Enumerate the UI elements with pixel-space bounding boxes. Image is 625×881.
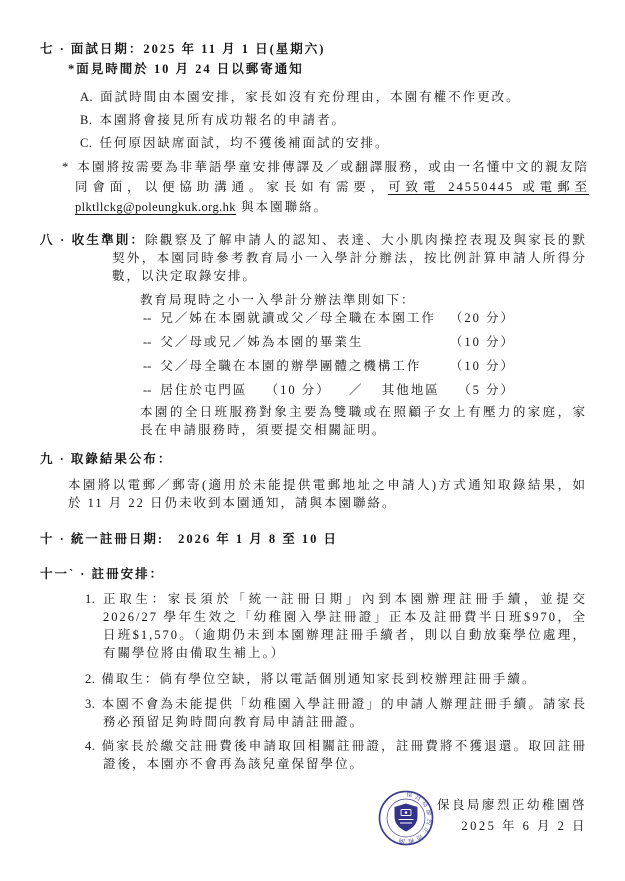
criteria-text: --父／母或兄／姊為本園的畢業生 — [143, 333, 363, 351]
item-label: A. — [80, 90, 93, 104]
admission-criteria-text: 除觀察及了解申請人的認知、表達、大小肌肉操控表現及與家長的默契外，本園同時參考教… — [112, 233, 587, 283]
criteria-text-other: 其他地區 — [382, 381, 440, 399]
item-label: C. — [80, 136, 92, 150]
criteria-score: （20 分） — [450, 309, 515, 327]
interview-item-a: A.面試時間由本園安排，家長如沒有充份理由，本園有權不作更改。 — [80, 88, 587, 106]
interview-item-b: B.本園將會接見所有成功報名的申請者。 — [80, 111, 587, 129]
item-text: 面試時間由本園安排，家長如沒有充份理由，本園有權不作更改。 — [100, 90, 521, 104]
section-10-heading: 十 · 統一註冊日期:2026 年 1 月 8 至 10 日 — [40, 530, 587, 548]
criteria-list: --兄／姊在本園就讀或父／母全職在本園工作 （20 分） --父／母或兄／姊為本… — [40, 309, 587, 399]
registration-item-2: 2.備取生：倘有學位空缺，將以電話個別通知家長到校辦理註冊手續。 — [85, 670, 587, 688]
section-8-label: 八 · 收生準則： — [40, 233, 145, 247]
item-text: 備取生：倘有學位空缺，將以電話個別通知家長到校辦理註冊手續。 — [101, 672, 536, 686]
dash-bullet: -- — [143, 335, 151, 349]
item-label: B. — [80, 113, 92, 127]
criteria-score: （5 分） — [458, 381, 515, 399]
item-text: 倘家長於繳交註冊費後申請取回相關註冊證，註冊費將不獲退還。取回註冊證後，本園亦不… — [101, 739, 587, 771]
item-number: 1. — [85, 592, 95, 606]
item-text: 正取生：家長須於「統一註冊日期」內到本園辦理註冊手續，並提交 2026/27 學… — [101, 592, 587, 660]
section-7-subheading: *面見時間於 10 月 24 日以郵寄通知 — [68, 60, 587, 78]
edb-criteria-intro: 教育局現時之小一入學計分辦法準則如下： — [140, 291, 587, 309]
asterisk-marker: * — [62, 160, 70, 174]
item-text: 本園不會為未能提供「幼稚園入學註冊證」的申請人辦理註冊手續。請家長務必預留足夠時… — [101, 697, 587, 729]
registration-item-3: 3.本園不會為未能提供「幼稚園入學註冊證」的申請人辦理註冊手續。請家長務必預留足… — [85, 695, 587, 731]
dash-bullet: -- — [143, 359, 151, 373]
registration-item-1: 1.正取生：家長須於「統一註冊日期」內到本園辦理註冊手續，並提交 2026/27… — [85, 590, 587, 662]
section-11-heading: 十一` · 註冊安排： — [40, 565, 587, 583]
item-number: 3. — [85, 697, 95, 711]
contact-phone-text: 可致電 24550445 或電郵至 — [388, 180, 589, 194]
translation-note: *本園將按需要為非華語學童安排傳譯及／或翻譯服務，或由一名懂中文的親友陪同會面，… — [62, 157, 589, 217]
contact-email: plktllckg@poleungkuk.org.hk — [75, 200, 236, 214]
signature-block: 保良局廖烈正幼稚園啓 2025 年 6 月 2 日 — [437, 795, 587, 837]
item-text: 任何原因缺席面試，均不獲後補面試的安排。 — [99, 136, 389, 150]
registration-date-value: 2026 年 1 月 8 至 10 日 — [178, 532, 338, 546]
item-number: 2. — [85, 672, 95, 686]
registration-item-4: 4.倘家長於繳交註冊費後申請取回相關註冊證，註冊費將不獲退還。取回註冊證後，本園… — [85, 737, 587, 773]
criteria-row: --父／母全職在本園的辦學團體之機構工作 （10 分） — [143, 357, 515, 375]
registration-date-label: 十 · 統一註冊日期: — [40, 532, 164, 546]
criteria-score: （10 分） — [266, 381, 331, 399]
criteria-row: --兄／姊在本園就讀或父／母全職在本園工作 （20 分） — [143, 309, 515, 327]
dash-bullet: -- — [143, 311, 151, 325]
slash-separator: ／ — [349, 381, 364, 399]
section-9-heading: 九 · 取錄結果公布： — [40, 450, 587, 468]
signature-date: 2025 年 6 月 2 日 — [437, 816, 587, 837]
criteria-score: （10 分） — [450, 333, 515, 351]
footer: 保良局廖烈正幼稚園 保良局廖烈正幼稚園啓 2025 年 6 月 2 日 — [40, 787, 587, 879]
criteria-row: --父／母或兄／姊為本園的畢業生 （10 分） — [143, 333, 515, 351]
admission-notice-page: 七 · 面試日期：2025 年 11 月 1 日(星期六) *面見時間於 10 … — [0, 0, 625, 881]
fullday-service-note: 本園的全日班服務對象主要為雙職或在照顧子女上有壓力的家庭，家長在申請服務時，須要… — [140, 403, 587, 439]
criteria-text: --兄／姊在本園就讀或父／母全職在本園工作 — [143, 309, 436, 327]
criteria-text: --居住於屯門區 — [143, 381, 247, 399]
interview-item-c: C.任何原因缺席面試，均不獲後補面試的安排。 — [80, 134, 587, 152]
result-notice-paragraph: 本園將以電郵／郵寄(適用於未能提供電郵地址之申請人)方式通知取錄結果，如於 11… — [68, 476, 587, 512]
school-signature: 保良局廖烈正幼稚園啓 — [437, 795, 587, 816]
section-8-paragraph: 八 · 收生準則：除觀察及了解申請人的認知、表達、大小肌肉操控表現及與家長的默契… — [40, 231, 587, 285]
criteria-row-district: --居住於屯門區 （10 分） ／ 其他地區 （5 分） — [143, 381, 515, 399]
school-seal-icon: 保良局廖烈正幼稚園 — [377, 789, 435, 847]
section-7-heading: 七 · 面試日期：2025 年 11 月 1 日(星期六) — [40, 40, 587, 58]
seal-shield — [395, 804, 418, 832]
dash-bullet: -- — [143, 383, 151, 397]
item-text: 本園將會接見所有成功報名的申請者。 — [99, 113, 346, 127]
item-number: 4. — [85, 739, 95, 753]
criteria-text: --父／母全職在本園的辦學團體之機構工作 — [143, 357, 421, 375]
note-tail: 與本園聯絡。 — [241, 200, 328, 214]
criteria-score: （10 分） — [450, 357, 515, 375]
